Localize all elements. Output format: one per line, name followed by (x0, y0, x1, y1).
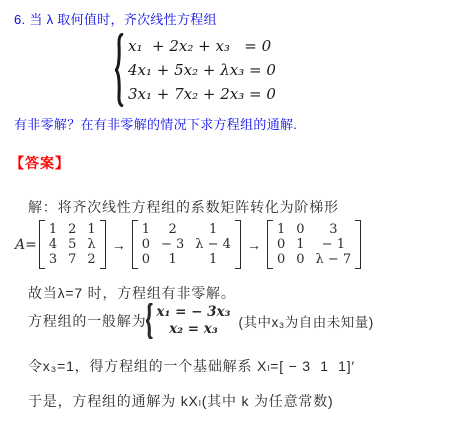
general-solution-note: (其中x₃为自由未知量) (238, 311, 373, 331)
matrix-original: 12145λ372 (39, 220, 106, 269)
equation-line: x₁ = − 3x₃ (156, 304, 230, 321)
matrix-cell: 1 (87, 222, 95, 237)
matrix-cell: 1 (168, 252, 176, 267)
matrix-cell: 1 (296, 237, 304, 252)
matrix-cell: 1 (277, 222, 285, 237)
equation-system: x₁ + 2x₂ + x₃ = 04x₁ + 5x₂ + λx₃ = 03x₁ … (115, 33, 276, 107)
general-solution: 方程组的一般解为 x₁ = − 3x₃x₂ = x₃ (其中x₃为自由未知量) (28, 303, 374, 339)
question-title: 6. 当 λ 取何值时，齐次线性方程组 (14, 9, 217, 28)
general-solution-prefix: 方程组的一般解为 (28, 311, 146, 331)
solution-step-4: 令x₃=1，得方程组的一个基础解系 Xₗ=[ − 3 1 1]′ (28, 356, 355, 376)
solution-step-1: 解：将齐次线性方程组的系数矩阵转化为阶梯形 (28, 197, 339, 217)
matrix-cell: − 1 (322, 237, 345, 252)
matrix-cell: 1 (142, 222, 150, 237)
matrix-cell: 0 (296, 222, 304, 237)
matrix-A-label: A= (15, 237, 37, 253)
equation-line: x₁ + 2x₂ + x₃ = 0 (128, 34, 276, 58)
matrix-step-2: 1210− 3λ − 4011 (132, 220, 241, 269)
equation-line: 4x₁ + 5x₂ + λx₃ = 0 (128, 58, 276, 82)
matrix-cell: 1 (209, 222, 217, 237)
matrix-cell: λ − 7 (316, 252, 352, 267)
matrix-cell: 1 (209, 252, 217, 267)
matrix-cell: 0 (277, 252, 285, 267)
right-bracket (355, 220, 361, 269)
matrix-cell: 1 (49, 222, 57, 237)
general-solution-lines: x₁ = − 3x₃x₂ = x₃ (156, 304, 230, 338)
equation-lines: x₁ + 2x₂ + x₃ = 04x₁ + 5x₂ + λx₃ = 03x₁ … (128, 34, 276, 106)
left-brace-icon (146, 303, 154, 339)
solution-step-5: 于是，方程组的通解为 kXₗ(其中 k 为任意常数) (28, 391, 333, 411)
matrix-cell: 5 (68, 237, 76, 252)
matrix-cell: 4 (49, 237, 57, 252)
left-brace-icon (115, 33, 125, 107)
matrix-equation: A= 12145λ372 → 1210− 3λ − 4011 → 10301− … (15, 220, 363, 269)
matrix-cell: 0 (142, 252, 150, 267)
matrix-cell: λ − 4 (195, 237, 231, 252)
right-bracket (100, 220, 106, 269)
matrix-A-text: A= (15, 237, 37, 253)
equation-line: 3x₁ + 7x₂ + 2x₃ = 0 (128, 82, 276, 106)
solution-step-2: 故当λ=7 时，方程组有非零解。 (28, 283, 236, 303)
answer-label: 【答案】 (10, 153, 70, 173)
equation-line: x₂ = x₃ (169, 321, 218, 338)
matrix-cell: 0 (277, 237, 285, 252)
matrix-grid: 10301− 100λ − 7 (273, 220, 355, 269)
matrix-cell: 0 (296, 252, 304, 267)
matrix-grid: 12145λ372 (45, 220, 100, 269)
matrix-cell: λ (87, 237, 95, 252)
matrix-echelon: 10301− 100λ − 7 (267, 220, 361, 269)
matrix-cell: 2 (68, 222, 76, 237)
matrix-cell: 7 (68, 252, 76, 267)
matrix-cell: 2 (168, 222, 176, 237)
question-continuation: 有非零解？在有非零解的情况下求方程组的通解. (14, 114, 297, 133)
math-exercise-page: 6. 当 λ 取何值时，齐次线性方程组 x₁ + 2x₂ + x₃ = 04x₁… (0, 0, 458, 427)
matrix-grid: 1210− 3λ − 4011 (138, 220, 235, 269)
matrix-cell: 3 (49, 252, 57, 267)
arrow-icon: → (247, 237, 261, 253)
right-bracket (235, 220, 241, 269)
matrix-cell: 3 (329, 222, 337, 237)
matrix-cell: 2 (87, 252, 95, 267)
matrix-cell: − 3 (161, 237, 184, 252)
matrix-cell: 0 (142, 237, 150, 252)
arrow-icon: → (112, 237, 126, 253)
